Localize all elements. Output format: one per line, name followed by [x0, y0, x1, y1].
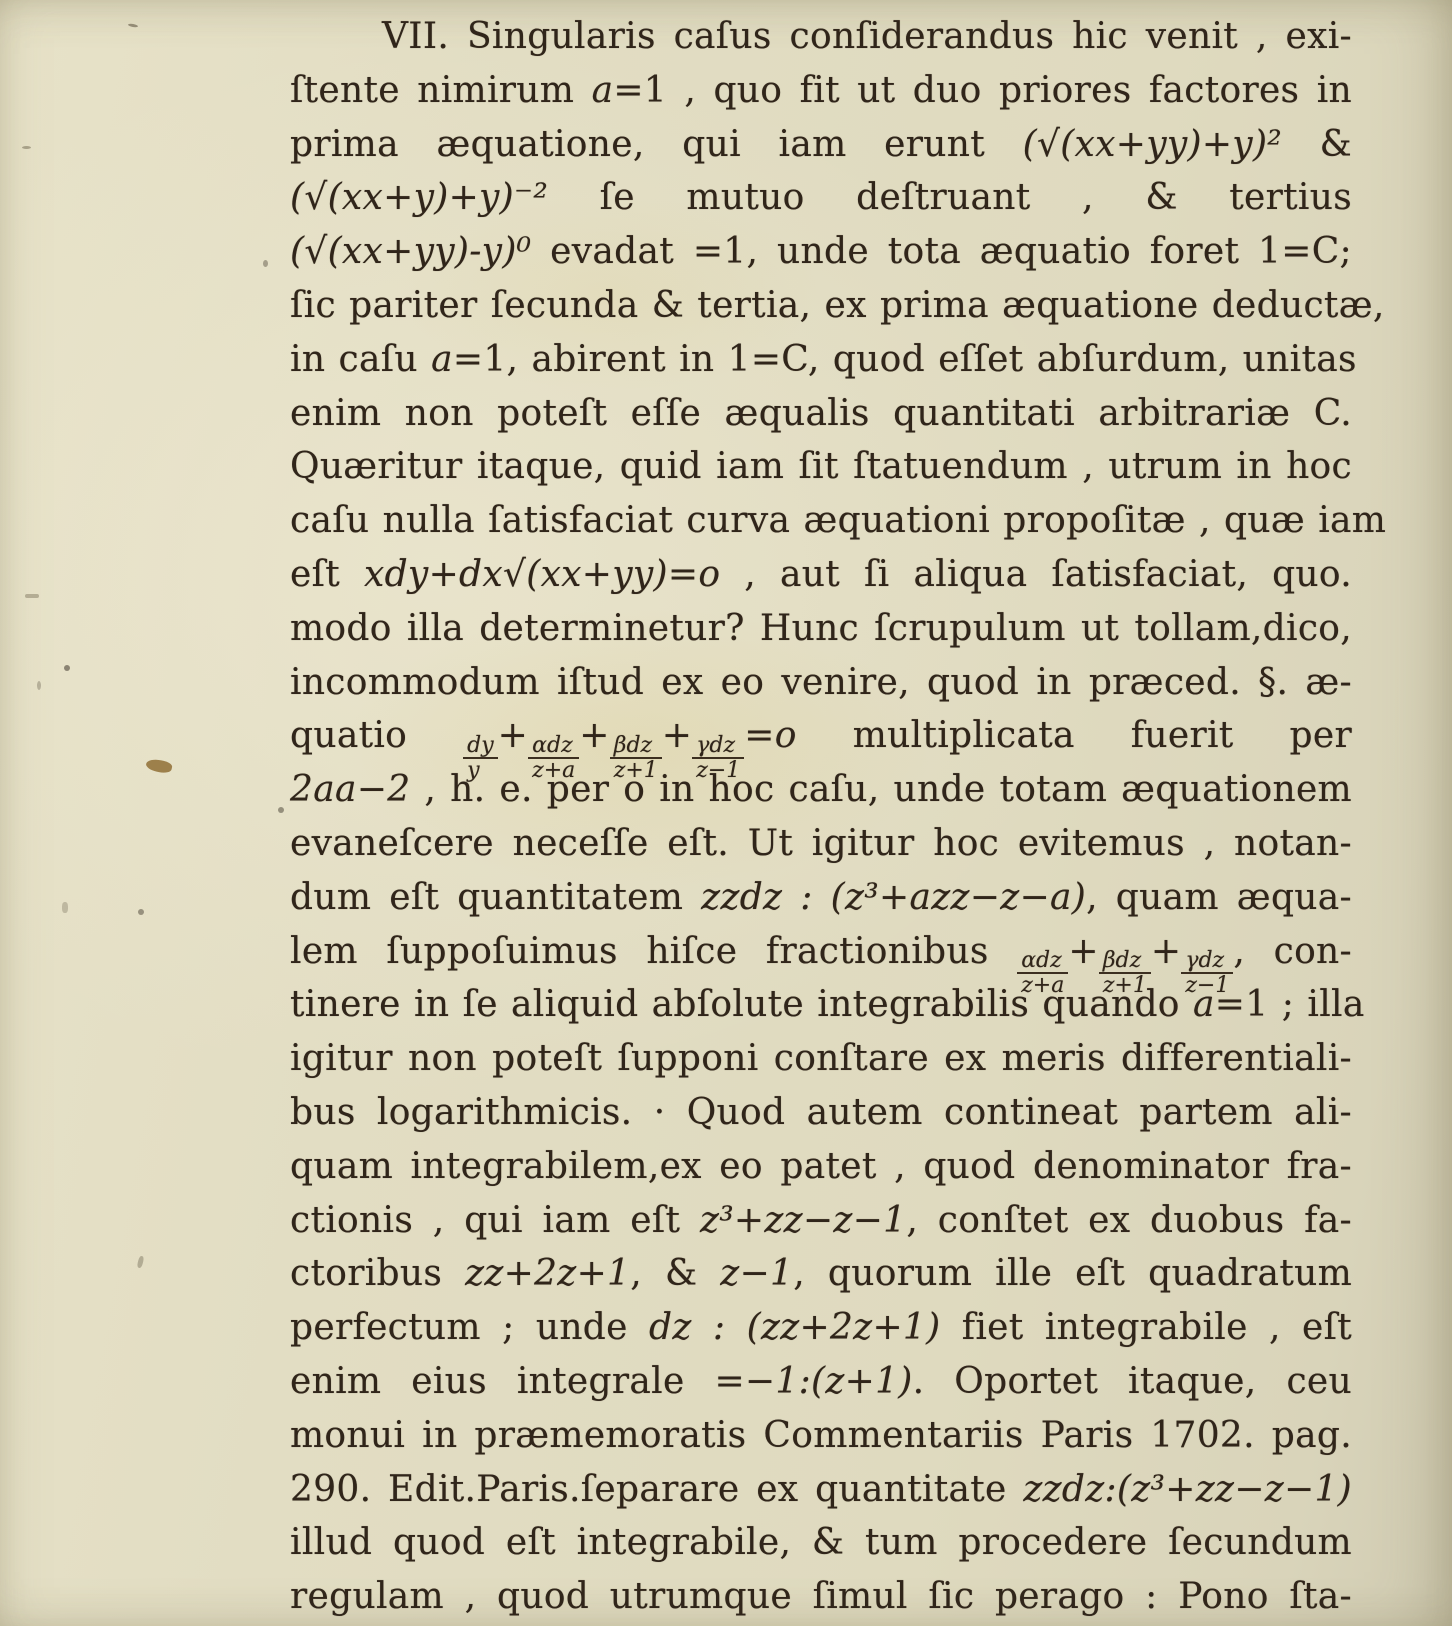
- math-text: 2aa−2: [290, 769, 410, 810]
- body-text: evaneſcere neceſſe eſt. Ut igitur hoc ev…: [290, 823, 1352, 864]
- paper-speck: [37, 681, 41, 690]
- body-text: ctoribus: [290, 1253, 465, 1294]
- body-text: +: [579, 715, 609, 756]
- math-text: zz+2z+1: [465, 1253, 630, 1294]
- body-text: lem ſuppoſuimus hiſce fractionibus: [290, 931, 1017, 972]
- math-text: =−1:(z+1): [714, 1361, 912, 1402]
- paper-speck: [137, 1256, 145, 1269]
- body-text: prima æquatione, qui iam erunt: [290, 124, 1023, 165]
- body-text: , h. e. per o in hoc caſu, unde totam æq…: [410, 769, 1352, 810]
- body-text: enim non poteſt eſſe æqualis quantitati …: [290, 393, 1352, 434]
- math-text: z³+zz−z−1: [700, 1200, 906, 1241]
- math-text: xdy+dx√(xx+yy)=o: [364, 554, 720, 595]
- paper-speck: [64, 665, 70, 671]
- body-text: eſt: [290, 554, 364, 595]
- body-text: monui in præmemoratis Commentariis Paris…: [290, 1415, 1352, 1456]
- text-line-4: (√(xx+y)+y)⁻² ſe mutuo deſtruant , & ter…: [290, 171, 1352, 225]
- text-line-8: enim non poteſt eſſe æqualis quantitati …: [290, 387, 1352, 441]
- body-text: , aut ſi aliqua ſatisfaciat, quo.: [720, 554, 1352, 595]
- text-line-14: quatio dyy+αdzz+a+βdzz+1+γdzz−1=o multip…: [290, 709, 1352, 763]
- text-line-2: ſtente nimirum a=1 , quo fit ut duo prio…: [290, 64, 1352, 118]
- body-text: igitur non poteſt ſupponi conſtare ex me…: [290, 1038, 1352, 1079]
- body-text: +: [1151, 931, 1181, 972]
- math-text: a: [592, 70, 614, 111]
- text-line-9: Quæritur itaque, quid iam ſit ſtatuendum…: [290, 440, 1352, 494]
- body-text: =1 , quo fit ut duo priores factores in: [613, 70, 1352, 111]
- text-line-5: (√(xx+yy)-y)⁰ evadat =1, unde tota æquat…: [290, 225, 1352, 279]
- text-line-23: ctionis , qui iam eſt z³+zz−z−1, conſtet…: [290, 1194, 1352, 1248]
- body-text: fiet integrabile , eſt: [940, 1307, 1352, 1348]
- text-line-18: lem ſuppoſuimus hiſce fractionibus αdzz+…: [290, 925, 1352, 979]
- body-text: 290. Edit.Paris.ſeparare ex quantitate: [290, 1469, 1023, 1510]
- body-text: VII. Singularis caſus conſiderandus hic …: [382, 16, 1352, 57]
- text-line-1: VII. Singularis caſus conſiderandus hic …: [290, 10, 1352, 64]
- text-line-6: ſic pariter ſecunda & tertia, ex prima æ…: [290, 279, 1352, 333]
- paper-speck: [22, 146, 31, 149]
- body-text: tinere in ſe aliquid abſolute integrabil…: [290, 984, 1193, 1025]
- text-line-22: quam integrabilem,ex eo patet , quod den…: [290, 1140, 1352, 1194]
- paper-speck: [25, 594, 39, 598]
- text-line-11: eſt xdy+dx√(xx+yy)=o , aut ſi aliqua ſat…: [290, 548, 1352, 602]
- paper-speck: [145, 757, 173, 774]
- text-line-21: bus logarithmicis. · Quod autem continea…: [290, 1086, 1352, 1140]
- text-line-20: igitur non poteſt ſupponi conſtare ex me…: [290, 1032, 1352, 1086]
- body-text: quatio: [290, 715, 463, 756]
- math-text: =o: [744, 715, 796, 756]
- body-text: in caſu: [290, 339, 431, 380]
- body-text: +: [1068, 931, 1098, 972]
- math-text: dz : (zz+2z+1): [649, 1307, 940, 1348]
- body-text: caſu nulla ſatisfaciat curva æquationi p…: [290, 500, 1386, 541]
- text-line-16: evaneſcere neceſſe eſt. Ut igitur hoc ev…: [290, 817, 1352, 871]
- body-text: Quæritur itaque, quid iam ſit ſtatuendum…: [290, 446, 1352, 487]
- text-line-7: in caſu a=1, abirent in 1=C, quod eſſet …: [290, 333, 1352, 387]
- paper-speck: [263, 260, 268, 267]
- paper-speck: [128, 23, 138, 28]
- body-text: regulam , quod utrumque ſimul ſic perago…: [290, 1576, 1352, 1617]
- body-text: ctionis , qui iam eſt: [290, 1200, 700, 1241]
- text-line-27: monui in præmemoratis Commentariis Paris…: [290, 1409, 1352, 1463]
- math-text: (√(xx+yy)-y)⁰: [290, 231, 531, 272]
- text-line-17: dum eſt quantitatem zzdz : (z³+azz−z−a),…: [290, 871, 1352, 925]
- body-text: ſtente nimirum: [290, 70, 592, 111]
- text-line-29: illud quod eſt integrabile, & tum proced…: [290, 1516, 1352, 1570]
- body-text: enim eius integrale: [290, 1361, 714, 1402]
- body-text: , quorum ille eſt quadratum: [793, 1253, 1352, 1294]
- paper-speck: [138, 909, 144, 915]
- body-text: evadat =1, unde tota æquatio foret 1=C;: [531, 231, 1352, 272]
- text-line-25: perfectum ; unde dz : (zz+2z+1) fiet int…: [290, 1301, 1352, 1355]
- body-text: incommodum iſtud ex eo venire, quod in p…: [290, 662, 1352, 703]
- text-line-19: tinere in ſe aliquid abſolute integrabil…: [290, 978, 1352, 1032]
- body-text: =1, abirent in 1=C, quod eſſet abſurdum,…: [453, 339, 1357, 380]
- paper-speck: [278, 807, 284, 813]
- text-line-24: ctoribus zz+2z+1, & z−1, quorum ille eſt…: [290, 1247, 1352, 1301]
- text-line-10: caſu nulla ſatisfaciat curva æquationi p…: [290, 494, 1352, 548]
- text-line-12: modo illa determinetur? Hunc ſcrupulum u…: [290, 602, 1352, 656]
- book-page: VII. Singularis caſus conſiderandus hic …: [0, 0, 1452, 1626]
- body-text: quam integrabilem,ex eo patet , quod den…: [290, 1146, 1352, 1187]
- text-line-3: prima æquatione, qui iam erunt (√(xx+yy)…: [290, 118, 1352, 172]
- body-text: . Oportet itaque, ceu: [913, 1361, 1352, 1402]
- math-text: a: [1193, 984, 1215, 1025]
- body-text: multiplicata fuerit per: [797, 715, 1352, 756]
- math-text: zzdz : (z³+azz−z−a): [701, 877, 1086, 918]
- paper-speck: [62, 902, 68, 913]
- body-text: , &: [630, 1253, 720, 1294]
- math-text: (√(xx+yy)+y)²: [1023, 124, 1282, 165]
- text-column: VII. Singularis caſus conſiderandus hic …: [290, 10, 1352, 1624]
- text-line-28: 290. Edit.Paris.ſeparare ex quantitate z…: [290, 1463, 1352, 1517]
- body-text: +: [662, 715, 692, 756]
- text-line-26: enim eius integrale =−1:(z+1). Oportet i…: [290, 1355, 1352, 1409]
- body-text: , con-: [1233, 931, 1352, 972]
- body-text: &: [1282, 124, 1352, 165]
- body-text: illud quod eſt integrabile, & tum proced…: [290, 1522, 1352, 1563]
- body-text: , conſtet ex duobus fa-: [906, 1200, 1352, 1241]
- text-line-30: regulam , quod utrumque ſimul ſic perago…: [290, 1570, 1352, 1624]
- body-text: bus logarithmicis. · Quod autem continea…: [290, 1092, 1352, 1133]
- body-text: modo illa determinetur? Hunc ſcrupulum u…: [290, 608, 1352, 649]
- math-text: (√(xx+y)+y)⁻²: [290, 177, 548, 218]
- body-text: +: [498, 715, 528, 756]
- body-text: ſe mutuo deſtruant , & tertius: [548, 177, 1352, 218]
- math-text: zzdz:(z³+zz−z−1): [1023, 1469, 1352, 1510]
- math-text: z−1: [720, 1253, 793, 1294]
- text-line-13: incommodum iſtud ex eo venire, quod in p…: [290, 656, 1352, 710]
- body-text: ſic pariter ſecunda & tertia, ex prima æ…: [290, 285, 1385, 326]
- text-line-15: 2aa−2 , h. e. per o in hoc caſu, unde to…: [290, 763, 1352, 817]
- math-text: a: [431, 339, 453, 380]
- body-text: , quam æqua-: [1086, 877, 1352, 918]
- body-text: =1 ; illa: [1215, 984, 1365, 1025]
- body-text: dum eſt quantitatem: [290, 877, 701, 918]
- body-text: perfectum ; unde: [290, 1307, 649, 1348]
